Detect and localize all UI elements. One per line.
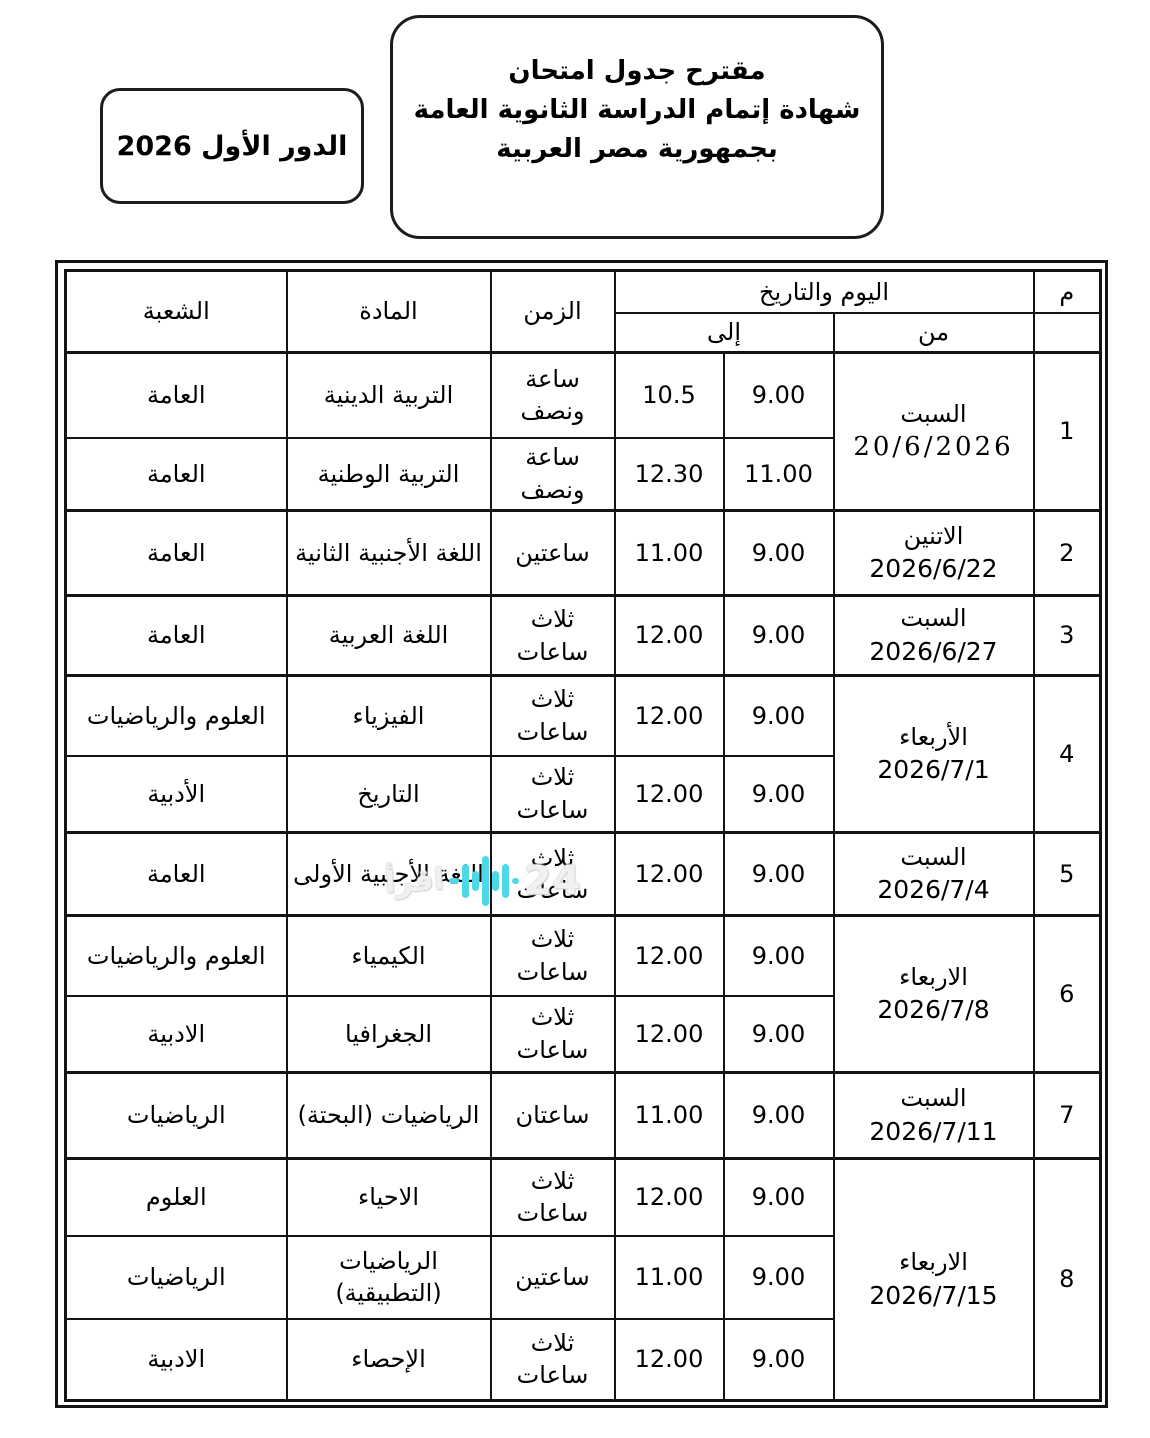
cell-branch: الرياضيات: [66, 1236, 287, 1319]
cell-branch: الرياضيات: [66, 1073, 287, 1159]
date-value: 2026/7/15: [835, 1279, 1033, 1313]
cell-to-time: 12.00: [615, 916, 724, 996]
date-value: 2026/6/22: [835, 552, 1033, 586]
date-value: 2026/7/11: [835, 1115, 1033, 1149]
cell-branch: العلوم والرياضيات: [66, 916, 287, 996]
cell-day-date: السبت2026/7/11: [834, 1073, 1034, 1159]
cell-day-date: الأربعاء2026/7/1: [834, 676, 1034, 833]
cell-subject: التربية الوطنية: [287, 438, 491, 511]
cell-duration: ثلاث ساعات: [491, 596, 615, 676]
cell-to-time: 11.00: [615, 511, 724, 596]
cell-subject: الفيزياء: [287, 676, 491, 756]
cell-day-date: السبت2026/7/4: [834, 833, 1034, 916]
cell-branch: العامة: [66, 596, 287, 676]
schedule-table: م اليوم والتاريخ الزمن المادة الشعبة من …: [64, 269, 1102, 1402]
col-header-to: إلى: [615, 313, 834, 353]
cell-to-time: 12.00: [615, 833, 724, 916]
cell-subject: التربية الدينية: [287, 353, 491, 438]
cell-to-time: 12.00: [615, 996, 724, 1073]
cell-from-time: 9.00: [724, 1159, 834, 1236]
cell-from-time: 9.00: [724, 1236, 834, 1319]
cell-duration: ثلاث ساعات: [491, 916, 615, 996]
schedule-table-frame: م اليوم والتاريخ الزمن المادة الشعبة من …: [55, 260, 1108, 1408]
col-header-duration: الزمن: [491, 271, 615, 353]
cell-subject: اللغة الأجنبية الأولى: [287, 833, 491, 916]
cell-to-time: 11.00: [615, 1236, 724, 1319]
cell-branch: الادبية: [66, 1319, 287, 1401]
cell-duration: ثلاث ساعات: [491, 996, 615, 1073]
cell-to-time: 12.00: [615, 756, 724, 833]
day-name: الاربعاء: [835, 1246, 1033, 1278]
cell-from-time: 11.00: [724, 438, 834, 511]
col-header-from: من: [834, 313, 1034, 353]
cell-branch: العامة: [66, 438, 287, 511]
cell-duration: ثلاث ساعات: [491, 756, 615, 833]
cell-subject: اللغة الأجنبية الثانية: [287, 511, 491, 596]
round-label: الدور الأول 2026: [117, 131, 348, 162]
cell-to-time: 12.00: [615, 596, 724, 676]
cell-subject: الرياضيات (البحتة): [287, 1073, 491, 1159]
cell-index: 5: [1034, 833, 1101, 916]
cell-index: 7: [1034, 1073, 1101, 1159]
cell-to-time: 11.00: [615, 1073, 724, 1159]
cell-duration: ساعتين: [491, 511, 615, 596]
cell-day-date: الاربعاء2026/7/8: [834, 916, 1034, 1073]
date-value: 2026/6/27: [835, 635, 1033, 669]
cell-subject: التاريخ: [287, 756, 491, 833]
cell-from-time: 9.00: [724, 756, 834, 833]
cell-to-time: 12.00: [615, 676, 724, 756]
cell-branch: العامة: [66, 511, 287, 596]
day-name: السبت: [835, 398, 1033, 430]
cell-day-date: السبت20/6/2026: [834, 353, 1034, 511]
cell-index: 2: [1034, 511, 1101, 596]
cell-branch: العلوم والرياضيات: [66, 676, 287, 756]
day-name: الأربعاء: [835, 721, 1033, 753]
title-box: مقترح جدول امتحان شهادة إتمام الدراسة ال…: [390, 15, 884, 239]
date-value: 2026/7/1: [835, 753, 1033, 787]
cell-from-time: 9.00: [724, 353, 834, 438]
page-title-line-1: مقترح جدول امتحان: [508, 52, 765, 91]
cell-from-time: 9.00: [724, 1073, 834, 1159]
page-title-line-2: شهادة إتمام الدراسة الثانوية العامة: [414, 91, 861, 130]
cell-branch: العامة: [66, 833, 287, 916]
cell-to-time: 10.5: [615, 353, 724, 438]
day-name: السبت: [835, 841, 1033, 873]
cell-to-time: 12.00: [615, 1159, 724, 1236]
cell-subject: الاحياء: [287, 1159, 491, 1236]
cell-from-time: 9.00: [724, 676, 834, 756]
cell-from-time: 9.00: [724, 996, 834, 1073]
day-name: الاربعاء: [835, 961, 1033, 993]
col-header-day-date: اليوم والتاريخ: [615, 271, 1034, 313]
cell-index: 1: [1034, 353, 1101, 511]
cell-day-date: الاربعاء2026/7/15: [834, 1159, 1034, 1401]
cell-index: 4: [1034, 676, 1101, 833]
cell-index: 8: [1034, 1159, 1101, 1401]
cell-subject: اللغة العربية: [287, 596, 491, 676]
cell-from-time: 9.00: [724, 511, 834, 596]
cell-to-time: 12.00: [615, 1319, 724, 1401]
cell-duration: ثلاث ساعات: [491, 676, 615, 756]
day-name: السبت: [835, 602, 1033, 634]
cell-duration: ساعتان: [491, 1073, 615, 1159]
cell-from-time: 9.00: [724, 916, 834, 996]
round-label-box: الدور الأول 2026: [100, 88, 364, 204]
cell-duration: ثلاث ساعات: [491, 1319, 615, 1401]
day-name: الاتنين: [835, 520, 1033, 552]
cell-branch: الأدبية: [66, 756, 287, 833]
cell-duration: ساعة ونصف: [491, 353, 615, 438]
cell-subject: الجغرافيا: [287, 996, 491, 1073]
cell-branch: الادبية: [66, 996, 287, 1073]
cell-duration: ثلاث ساعات: [491, 833, 615, 916]
cell-day-date: السبت2026/6/27: [834, 596, 1034, 676]
cell-duration: ساعتين: [491, 1236, 615, 1319]
col-header-index: م: [1034, 271, 1101, 313]
page-title-line-3: بجمهورية مصر العربية: [496, 130, 778, 169]
day-name: السبت: [835, 1082, 1033, 1114]
date-value: 20/6/2026: [835, 430, 1033, 465]
date-value: 2026/7/8: [835, 993, 1033, 1027]
cell-subject: الكيمياء: [287, 916, 491, 996]
date-value: 2026/7/4: [835, 873, 1033, 907]
cell-subject: الرياضيات (التطبيقية): [287, 1236, 491, 1319]
cell-duration: ثلاث ساعات: [491, 1159, 615, 1236]
cell-to-time: 12.30: [615, 438, 724, 511]
cell-index: 3: [1034, 596, 1101, 676]
cell-duration: ساعة ونصف: [491, 438, 615, 511]
cell-day-date: الاتنين2026/6/22: [834, 511, 1034, 596]
col-header-branch: الشعبة: [66, 271, 287, 353]
cell-index: 6: [1034, 916, 1101, 1073]
col-header-subject: المادة: [287, 271, 491, 353]
cell-from-time: 9.00: [724, 833, 834, 916]
cell-branch: العامة: [66, 353, 287, 438]
cell-subject: الإحصاء: [287, 1319, 491, 1401]
cell-from-time: 9.00: [724, 1319, 834, 1401]
cell-branch: العلوم: [66, 1159, 287, 1236]
cell-from-time: 9.00: [724, 596, 834, 676]
col-header-index-spacer: [1034, 313, 1101, 353]
